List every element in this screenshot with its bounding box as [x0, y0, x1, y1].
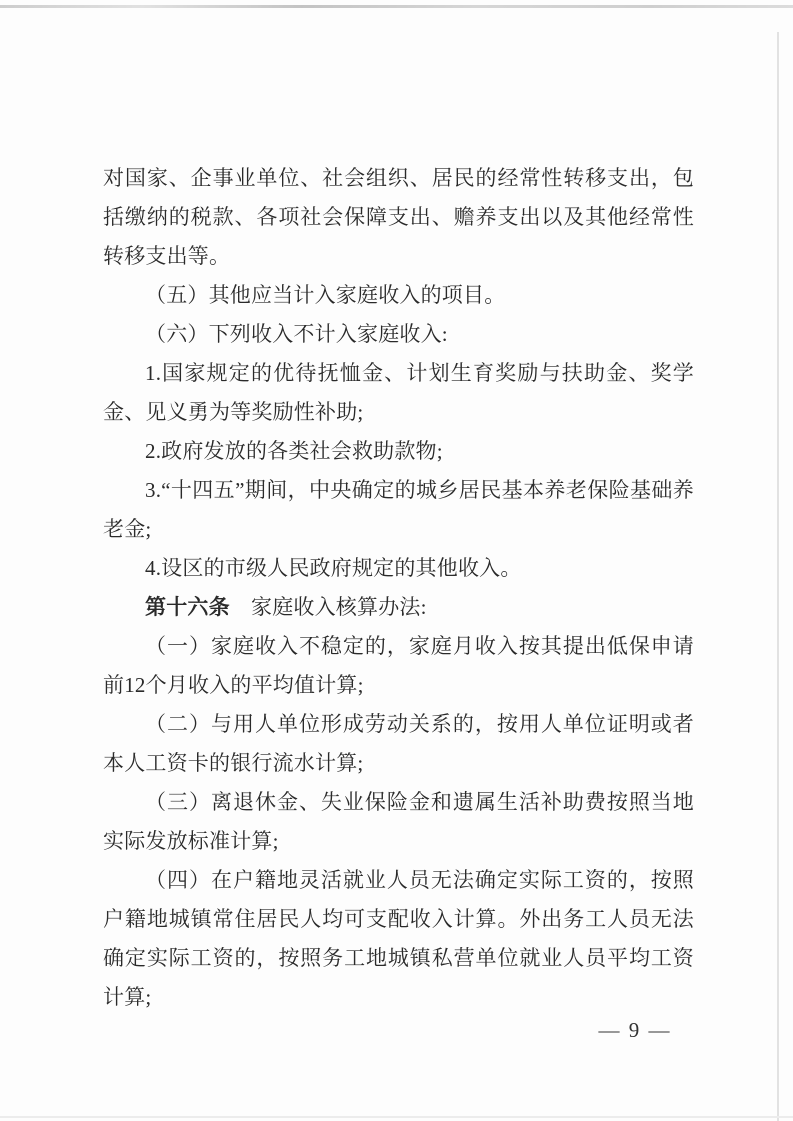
body-paragraph-subitem-3: 3.“十四五”期间，中央确定的城乡居民基本养老保险基础养老金; [103, 471, 694, 549]
scan-artifact-bottom-line [0, 1116, 793, 1118]
body-paragraph-subitem-2: 2.政府发放的各类社会救助款物; [103, 432, 694, 471]
body-paragraph-method-3: （三）离退休金、失业保险金和遗属生活补助费按照当地实际发放标准计算; [103, 783, 694, 861]
scan-artifact-right-line [777, 32, 779, 1121]
body-paragraph-method-1: （一）家庭收入不稳定的，家庭月收入按其提出低保申请前12个月收入的平均值计算; [103, 627, 694, 705]
document-body: 对国家、企事业单位、社会组织、居民的经常性转移支出，包括缴纳的税款、各项社会保障… [103, 159, 694, 1017]
page-number: — 9 — [560, 1018, 710, 1043]
body-paragraph-subitem-4: 4.设区的市级人民政府规定的其他收入。 [103, 549, 694, 588]
body-paragraph-subitem-1: 1.国家规定的优待抚恤金、计划生育奖励与扶助金、奖学金、见义勇为等奖励性补助; [103, 354, 694, 432]
article-title-text: 家庭收入核算办法: [230, 595, 427, 619]
article-number-bold: 第十六条 [145, 595, 230, 619]
scanned-document-page: { "page": { "background_color": "#fdfdfd… [0, 0, 793, 1121]
body-paragraph-item-5: （五）其他应当计入家庭收入的项目。 [103, 276, 694, 315]
body-paragraph-item-6: （六）下列收入不计入家庭收入: [103, 315, 694, 354]
scan-artifact-top-line [0, 5, 793, 8]
body-paragraph: 对国家、企事业单位、社会组织、居民的经常性转移支出，包括缴纳的税款、各项社会保障… [103, 159, 694, 276]
body-paragraph-article-16: 第十六条 家庭收入核算办法: [103, 588, 694, 627]
body-paragraph-method-2: （二）与用人单位形成劳动关系的，按用人单位证明或者本人工资卡的银行流水计算; [103, 705, 694, 783]
body-paragraph-method-4: （四）在户籍地灵活就业人员无法确定实际工资的，按照户籍地城镇常住居民人均可支配收… [103, 861, 694, 1017]
